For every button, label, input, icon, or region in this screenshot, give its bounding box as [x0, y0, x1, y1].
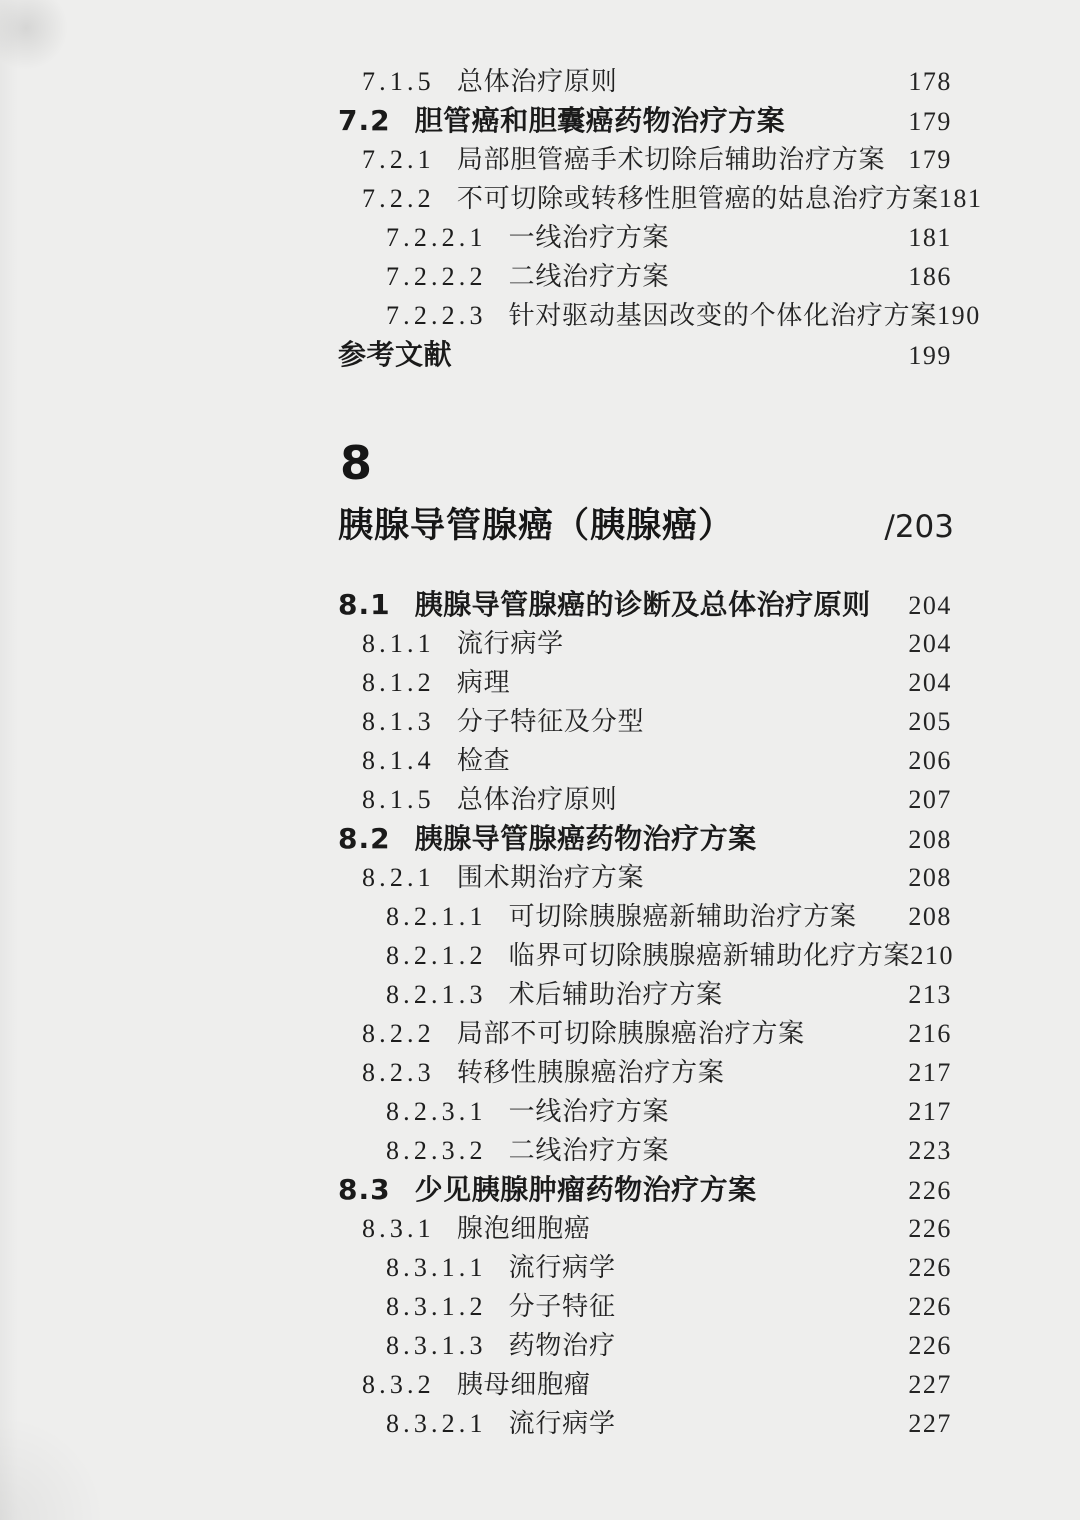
toc-entry-number: 8.3.1.2	[386, 1287, 487, 1326]
toc-list-previous-chapter: 7.1.5总体治疗原则1787.2胆管癌和胆囊癌药物治疗方案1797.2.1局部…	[0, 62, 1080, 374]
toc-entry-page-number: 208	[908, 858, 952, 897]
toc-entry: 7.2.2不可切除或转移性胆管癌的姑息治疗方案181	[0, 179, 1080, 218]
toc-entry-title: 局部不可切除胰腺癌治疗方案	[457, 1014, 805, 1053]
toc-entry: 7.2.2.1一线治疗方案181	[0, 218, 1080, 257]
toc-entry-number: 8.2.2	[362, 1014, 435, 1053]
toc-entry: 8.1.4检查206	[0, 741, 1080, 780]
toc-entry-title: 临界可切除胰腺癌新辅助化疗方案	[509, 936, 911, 975]
toc-entry-title: 参考文献	[338, 335, 452, 374]
toc-entry-page-number: 199	[908, 336, 952, 375]
toc-entry: 8.1.5总体治疗原则207	[0, 780, 1080, 819]
toc-entry-number: 8.3.1.1	[386, 1248, 487, 1287]
toc-entry-page-number: 226	[908, 1248, 952, 1287]
toc-entry: 8.3.2.1流行病学227	[0, 1404, 1080, 1443]
toc-entry-title: 术后辅助治疗方案	[509, 975, 723, 1014]
toc-entry-page-number: 223	[908, 1131, 952, 1170]
toc-entry: 8.2.1围术期治疗方案208	[0, 858, 1080, 897]
toc-entry-title: 分子特征及分型	[457, 702, 644, 741]
toc-entry-title: 分子特征	[509, 1287, 616, 1326]
toc-entry-page-number: 181	[939, 179, 983, 218]
toc-entry-page-number: 208	[908, 820, 952, 859]
toc-entry: 8.3.1腺泡细胞癌226	[0, 1209, 1080, 1248]
toc-entry: 8.3.1.3药物治疗226	[0, 1326, 1080, 1365]
toc-entry-number: 8.1.3	[362, 702, 435, 741]
toc-entry: 参考文献199	[0, 335, 1080, 374]
toc-entry-number: 8.3.2	[362, 1365, 435, 1404]
toc-entry: 8.2胰腺导管腺癌药物治疗方案208	[0, 819, 1080, 858]
toc-entry-title: 胰母细胞瘤	[457, 1365, 591, 1404]
toc-entry: 8.3.2胰母细胞瘤227	[0, 1365, 1080, 1404]
toc-entry-page-number: 179	[908, 140, 952, 179]
chapter-title: 胰腺导管腺癌（胰腺癌）	[338, 504, 734, 548]
toc-entry-page-number: 205	[908, 702, 952, 741]
toc-entry-title: 二线治疗方案	[509, 257, 670, 296]
toc-entry-title: 二线治疗方案	[509, 1131, 670, 1170]
toc-entry-title: 总体治疗原则	[457, 780, 618, 819]
toc-entry-number: 7.2.2.3	[386, 296, 487, 335]
toc-entry-number: 7.2.2	[362, 179, 435, 218]
toc-entry-page-number: 217	[908, 1053, 952, 1092]
toc-entry-page-number: 204	[908, 663, 952, 702]
toc-entry-title: 少见胰腺肿瘤药物治疗方案	[415, 1170, 757, 1209]
toc-entry: 7.2.2.3针对驱动基因改变的个体化治疗方案190	[0, 296, 1080, 335]
toc-list-chapter-8: 8.1胰腺导管腺癌的诊断及总体治疗原则2048.1.1流行病学2048.1.2病…	[0, 585, 1080, 1443]
toc-entry-page-number: 226	[908, 1209, 952, 1248]
toc-entry-title: 针对驱动基因改变的个体化治疗方案	[509, 296, 937, 335]
toc-entry-title: 病理	[457, 663, 511, 702]
toc-entry-number: 8.1.4	[362, 741, 435, 780]
toc-entry-page-number: 217	[908, 1092, 952, 1131]
toc-entry: 8.1.3分子特征及分型205	[0, 702, 1080, 741]
toc-entry: 8.3少见胰腺肿瘤药物治疗方案226	[0, 1170, 1080, 1209]
toc-entry: 8.2.3.1一线治疗方案217	[0, 1092, 1080, 1131]
toc-entry-number: 7.2.1	[362, 140, 435, 179]
toc-entry-number: 8.2.3.1	[386, 1092, 487, 1131]
toc-entry-title: 流行病学	[509, 1404, 616, 1443]
toc-entry: 8.2.3转移性胰腺癌治疗方案217	[0, 1053, 1080, 1092]
toc-entry-page-number: 227	[908, 1365, 952, 1404]
toc-entry-title: 检查	[457, 741, 511, 780]
toc-entry: 8.3.1.2分子特征226	[0, 1287, 1080, 1326]
toc-entry-number: 8.1.5	[362, 780, 435, 819]
toc-entry-number: 8.2.1.1	[386, 897, 487, 936]
toc-entry-number: 8.2.3	[362, 1053, 435, 1092]
toc-entry-title: 一线治疗方案	[509, 218, 670, 257]
toc-entry-page-number: 216	[908, 1014, 952, 1053]
toc-entry: 8.2.1.1可切除胰腺癌新辅助治疗方案208	[0, 897, 1080, 936]
toc-entry-page-number: 204	[908, 624, 952, 663]
toc-entry: 8.2.2局部不可切除胰腺癌治疗方案216	[0, 1014, 1080, 1053]
toc-entry-page-number: 186	[908, 257, 952, 296]
toc-entry-page-number: 207	[908, 780, 952, 819]
toc-entry-page-number: 206	[908, 741, 952, 780]
toc-entry-number: 8.2.1.2	[386, 936, 487, 975]
chapter-title-row: 胰腺导管腺癌（胰腺癌） /203	[0, 504, 1080, 548]
toc-entry-page-number: 204	[908, 586, 952, 625]
toc-entry-title: 不可切除或转移性胆管癌的姑息治疗方案	[457, 179, 939, 218]
toc-entry-number: 7.2	[338, 101, 391, 140]
toc-page: 7.1.5总体治疗原则1787.2胆管癌和胆囊癌药物治疗方案1797.2.1局部…	[0, 0, 1080, 1520]
toc-entry-number: 8.1	[338, 585, 391, 624]
toc-entry-number: 7.1.5	[362, 62, 435, 101]
toc-entry-number: 8.3.1.3	[386, 1326, 487, 1365]
toc-entry-title: 转移性胰腺癌治疗方案	[457, 1053, 725, 1092]
chapter-header: 8 胰腺导管腺癌（胰腺癌） /203	[0, 438, 1080, 548]
toc-entry-page-number: 190	[937, 296, 981, 335]
toc-entry-page-number: 226	[908, 1287, 952, 1326]
toc-entry-page-number: 210	[910, 936, 954, 975]
toc-entry-number: 7.2.2.2	[386, 257, 487, 296]
toc-entry-title: 围术期治疗方案	[457, 858, 644, 897]
toc-entry-title: 药物治疗	[509, 1326, 616, 1365]
chapter-number: 8	[0, 438, 1080, 488]
toc-entry-page-number: 208	[908, 897, 952, 936]
toc-entry-number: 7.2.2.1	[386, 218, 487, 257]
toc-entry-number: 8.3.2.1	[386, 1404, 487, 1443]
toc-entry-title: 流行病学	[457, 624, 564, 663]
toc-entry-number: 8.3	[338, 1170, 391, 1209]
toc-entry: 8.2.1.3术后辅助治疗方案213	[0, 975, 1080, 1014]
toc-entry: 8.2.3.2二线治疗方案223	[0, 1131, 1080, 1170]
toc-entry-title: 局部胆管癌手术切除后辅助治疗方案	[457, 140, 885, 179]
toc-entry: 7.2.2.2二线治疗方案186	[0, 257, 1080, 296]
toc-entry-number: 8.2	[338, 819, 391, 858]
toc-entry-title: 总体治疗原则	[457, 62, 618, 101]
toc-entry-title: 胰腺导管腺癌的诊断及总体治疗原则	[415, 585, 871, 624]
toc-entry-number: 8.2.3.2	[386, 1131, 487, 1170]
toc-entry: 7.2胆管癌和胆囊癌药物治疗方案179	[0, 101, 1080, 140]
toc-entry-number: 8.2.1.3	[386, 975, 487, 1014]
toc-entry: 8.1胰腺导管腺癌的诊断及总体治疗原则204	[0, 585, 1080, 624]
toc-entry: 8.2.1.2临界可切除胰腺癌新辅助化疗方案210	[0, 936, 1080, 975]
toc-entry-page-number: 181	[908, 218, 952, 257]
toc-entry-page-number: 226	[908, 1326, 952, 1365]
toc-entry-title: 可切除胰腺癌新辅助治疗方案	[509, 897, 857, 936]
toc-entry-title: 胰腺导管腺癌药物治疗方案	[415, 819, 757, 858]
toc-entry-title: 流行病学	[509, 1248, 616, 1287]
toc-entry: 8.3.1.1流行病学226	[0, 1248, 1080, 1287]
toc-entry-title: 一线治疗方案	[509, 1092, 670, 1131]
toc-entry-title: 腺泡细胞癌	[457, 1209, 591, 1248]
toc-entry-page-number: 178	[908, 62, 952, 101]
toc-entry-page-number: 227	[908, 1404, 952, 1443]
toc-entry-number: 8.2.1	[362, 858, 435, 897]
toc-entry-number: 8.1.1	[362, 624, 435, 663]
toc-entry-number: 8.1.2	[362, 663, 435, 702]
toc-entry: 7.1.5总体治疗原则178	[0, 62, 1080, 101]
toc-entry: 8.1.1流行病学204	[0, 624, 1080, 663]
toc-entry-page-number: 213	[908, 975, 952, 1014]
toc-entry: 8.1.2病理204	[0, 663, 1080, 702]
toc-entry-number: 8.3.1	[362, 1209, 435, 1248]
toc-entry: 7.2.1局部胆管癌手术切除后辅助治疗方案179	[0, 140, 1080, 179]
toc-entry-page-number: 179	[908, 102, 952, 141]
toc-entry-page-number: 226	[908, 1171, 952, 1210]
toc-entry-title: 胆管癌和胆囊癌药物治疗方案	[415, 101, 786, 140]
chapter-page-reference: /203	[884, 509, 954, 545]
